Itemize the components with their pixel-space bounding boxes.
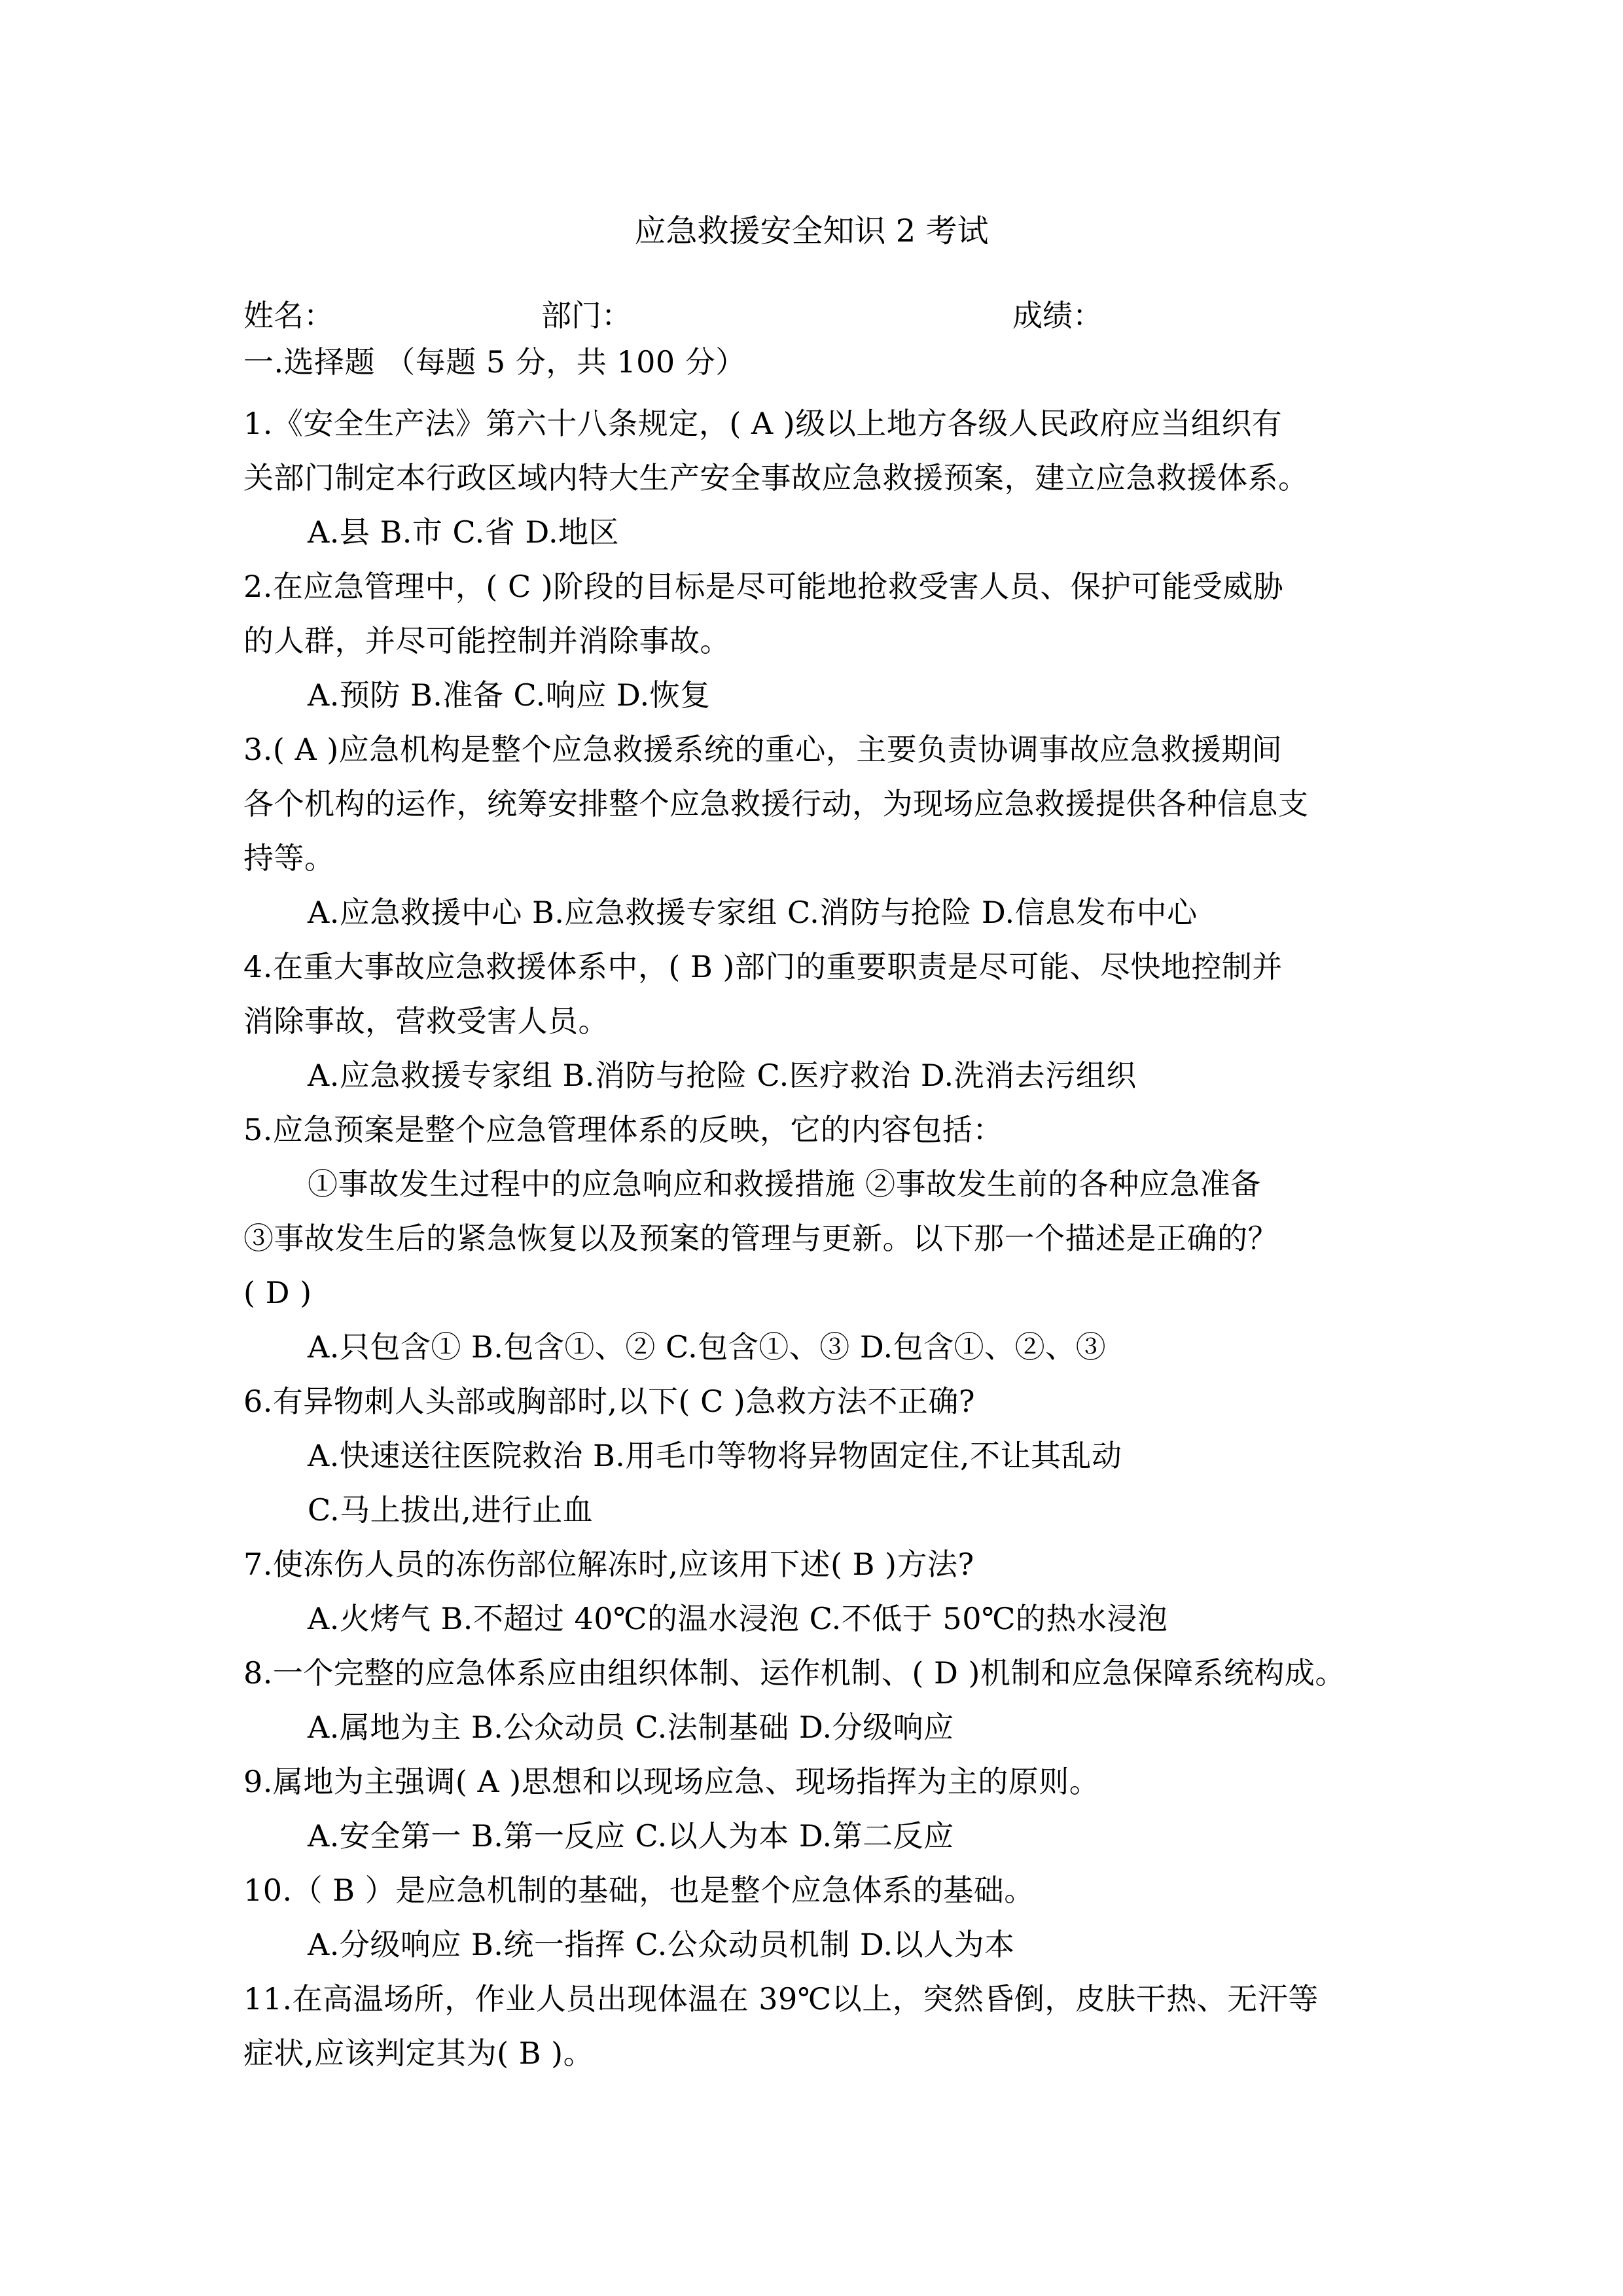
department-field-label: 部门： [541, 296, 632, 335]
question-4-options: A.应急救援专家组 B.消防与抢险 C.医疗救治 D.洗消去污组织 [308, 1056, 1137, 1095]
question-9-options: A.安全第一 B.第一反应 C.以人为本 D.第二反应 [308, 1816, 954, 1856]
question-5-line-1: 5.应急预案是整个应急管理体系的反映，它的内容包括： [243, 1110, 1003, 1149]
question-4-line-1: 4.在重大事故应急救援体系中，( B )部门的重要职责是尽可能、尽快地控制并 [243, 947, 1283, 986]
score-field-label: 成绩： [1012, 296, 1103, 335]
question-7-options: A.火烤气 B.不超过 40℃的温水浸泡 C.不低于 50℃的热水浸泡 [308, 1599, 1168, 1638]
question-2-line-1: 2.在应急管理中，( C )阶段的目标是尽可能地抢救受害人员、保护可能受威胁 [243, 567, 1283, 606]
question-3-line-1: 3.( A )应急机构是整个应急救援系统的重心，主要负责协调事故应急救援期间 [243, 730, 1282, 769]
question-4-line-2: 消除事故，营救受害人员。 [243, 1001, 609, 1041]
question-8-line-1: 8.一个完整的应急体系应由组织体制、运作机制、( D )机制和应急保障系统构成。 [243, 1653, 1346, 1693]
question-6-line-1: 6.有异物刺人头部或胸部时,以下( C )急救方法不正确? [243, 1382, 975, 1421]
question-3-options: A.应急救援中心 B.应急救援专家组 C.消防与抢险 D.信息发布中心 [308, 893, 1198, 932]
question-10-options: A.分级响应 B.统一指挥 C.公众动员机制 D.以人为本 [308, 1925, 1015, 1964]
question-9-line-1: 9.属地为主强调( A )思想和以现场应急、现场指挥为主的原则。 [243, 1762, 1099, 1801]
question-5-line-4: ( D ) [243, 1273, 312, 1312]
question-1-line-2: 关部门制定本行政区域内特大生产安全事故应急救援预案，建立应急救援体系。 [243, 458, 1309, 497]
question-11-line-2: 症状,应该判定其为( B )。 [243, 2034, 594, 2073]
question-5-options: A.只包含① B.包含①、② C.包含①、③ D.包含①、②、③ [308, 1327, 1106, 1367]
section-heading: 一.选择题 （每题 5 分，共 100 分） [243, 342, 746, 382]
exam-page: 应急救援安全知识 2 考试 姓名： 部门： 成绩： 一.选择题 （每题 5 分，… [0, 0, 1623, 2296]
question-1-line-1: 1.《安全生产法》第六十八条规定，( A )级以上地方各级人民政府应当组织有 [243, 404, 1282, 443]
question-3-line-2: 各个机构的运作，统筹安排整个应急救援行动，为现场应急救援提供各种信息支 [243, 784, 1309, 823]
question-11-line-1: 11.在高温场所，作业人员出现体温在 39℃以上，突然昏倒，皮肤干热、无汗等 [243, 1979, 1319, 2018]
question-3-line-3: 持等。 [243, 838, 335, 878]
question-2-line-2: 的人群，并尽可能控制并消除事故。 [243, 621, 730, 660]
question-6-options-1: A.快速送往医院救治 B.用毛巾等物将异物固定住,不让其乱动 [308, 1436, 1122, 1475]
question-1-options: A.县 B.市 C.省 D.地区 [308, 512, 619, 552]
question-5-line-3: ③事故发生后的紧急恢复以及预案的管理与更新。以下那一个描述是正确的？ [243, 1219, 1278, 1258]
question-5-line-2: ①事故发生过程中的应急响应和救援措施 ②事故发生前的各种应急准备 [308, 1164, 1261, 1204]
page-title: 应急救援安全知识 2 考试 [0, 211, 1623, 251]
question-8-options: A.属地为主 B.公众动员 C.法制基础 D.分级响应 [308, 1708, 954, 1747]
question-10-line-1: 10.（ B ）是应急机制的基础，也是整个应急体系的基础。 [243, 1871, 1035, 1910]
question-2-options: A.预防 B.准备 C.响应 D.恢复 [308, 675, 711, 715]
question-7-line-1: 7.使冻伤人员的冻伤部位解冻时,应该用下述( B )方法? [243, 1545, 974, 1584]
question-6-options-2: C.马上拔出,进行止血 [308, 1490, 593, 1530]
name-field-label: 姓名： [243, 296, 334, 335]
